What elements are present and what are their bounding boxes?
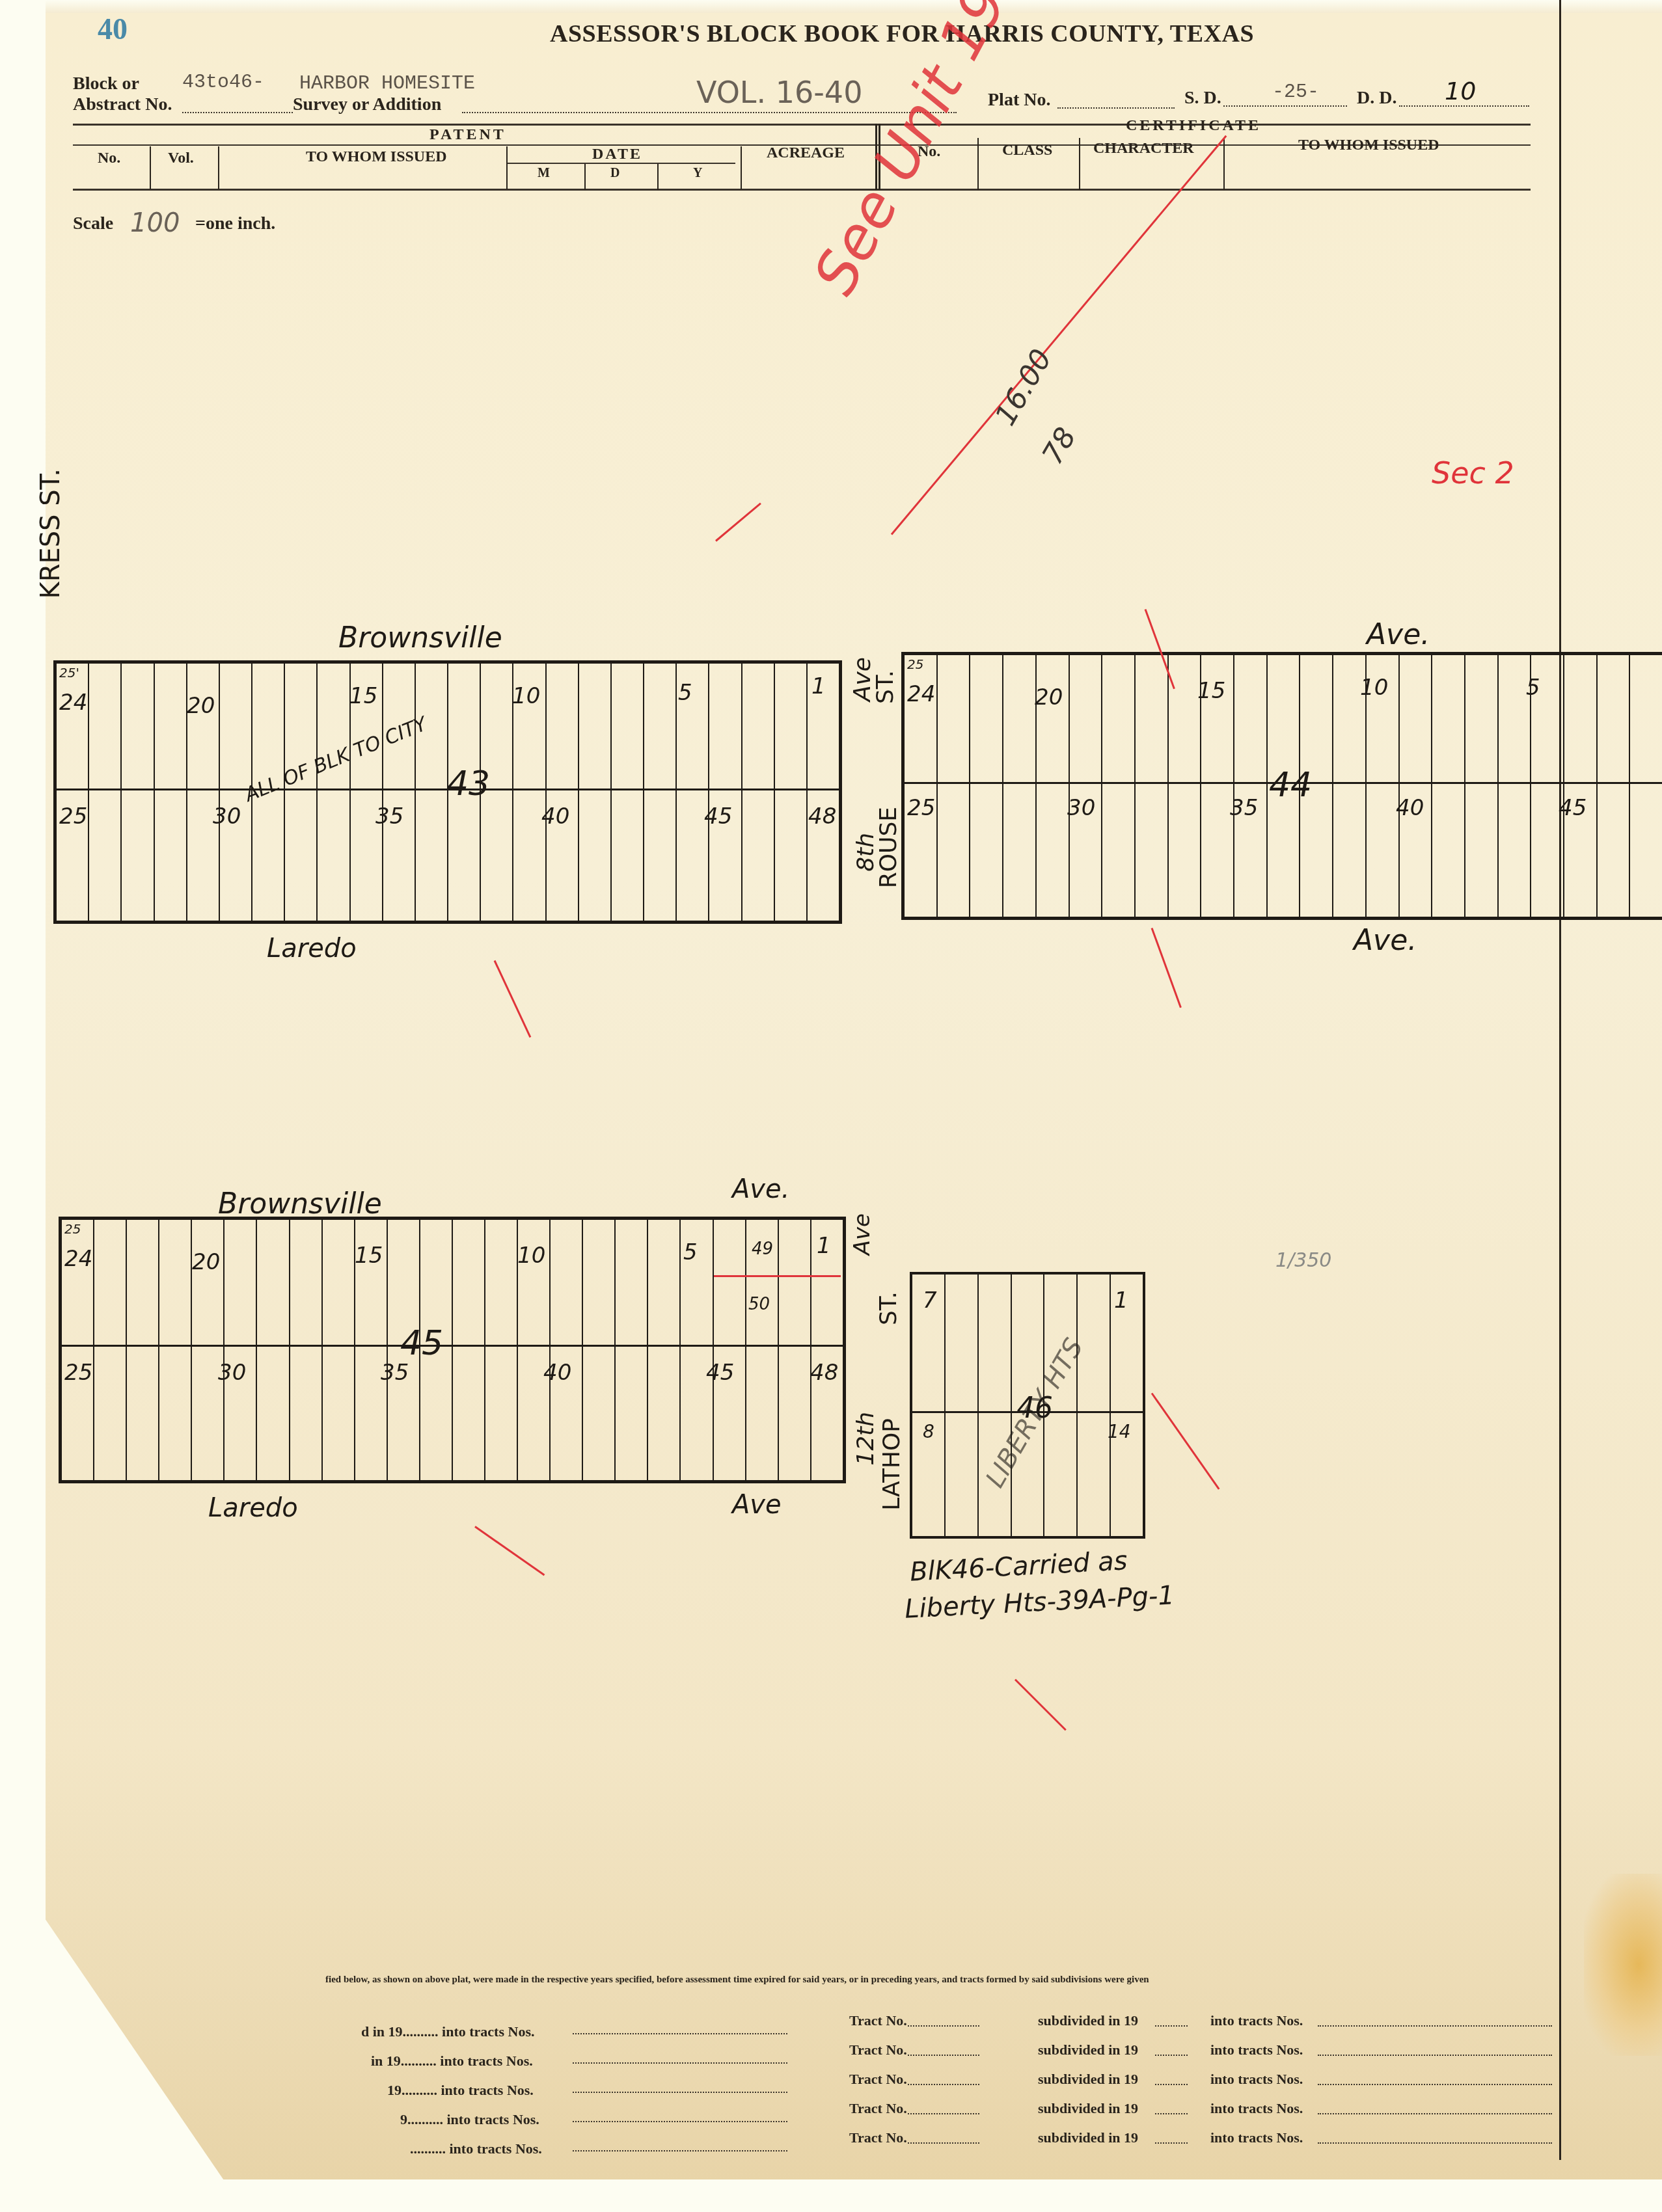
tract-field[interactable] bbox=[908, 2055, 979, 2056]
corner-width: 25' bbox=[59, 665, 79, 681]
lot-10: 10 bbox=[512, 683, 540, 709]
lot-35: 35 bbox=[381, 1360, 409, 1386]
paper-stain bbox=[1584, 1874, 1662, 2056]
street-laredo-1: Laredo bbox=[267, 934, 357, 964]
street-st-2: ST. bbox=[875, 1291, 902, 1325]
col-divider bbox=[1223, 138, 1225, 190]
lot-5: 5 bbox=[678, 680, 692, 706]
patent-col-no: No. bbox=[98, 150, 120, 167]
street-12th: 12th bbox=[852, 1412, 879, 1466]
volume-note: VOL. 16-40 bbox=[696, 75, 862, 110]
lot-24: 24 bbox=[907, 681, 935, 707]
footer-left-row-1: d in 19.......... into tracts Nos. bbox=[361, 2023, 534, 2040]
lot-5: 5 bbox=[1526, 675, 1540, 701]
block-book-page bbox=[46, 13, 1662, 2179]
red-lot-50: 50 bbox=[748, 1295, 770, 1314]
year-field[interactable] bbox=[1155, 2113, 1188, 2114]
into-label: into tracts Nos. bbox=[1210, 2042, 1303, 2058]
lot-48: 48 bbox=[808, 803, 836, 829]
tract-row: Tract No. subdivided in 19 into tracts N… bbox=[849, 2129, 1552, 2149]
abstract-field bbox=[182, 112, 293, 113]
lot-24: 24 bbox=[59, 690, 87, 716]
into-label: into tracts Nos. bbox=[1210, 2012, 1303, 2029]
lot-5: 5 bbox=[683, 1239, 698, 1265]
block-number-43: 43 bbox=[447, 764, 490, 803]
tract-row: Tract No. subdivided in 19 into tracts N… bbox=[849, 2071, 1552, 2090]
lot-1: 1 bbox=[817, 1233, 831, 1259]
certificate-title: CERTIFICATE bbox=[1126, 117, 1261, 135]
block-label: Block or bbox=[73, 74, 139, 94]
lot-40: 40 bbox=[541, 803, 569, 829]
lot-15: 15 bbox=[355, 1243, 383, 1269]
patent-col-acreage: ACREAGE bbox=[767, 144, 845, 162]
sd-label: S. D. bbox=[1184, 88, 1221, 109]
lot-40: 40 bbox=[543, 1360, 571, 1386]
lot-8: 8 bbox=[923, 1421, 934, 1442]
tract-row: Tract No. subdivided in 19 into tracts N… bbox=[849, 2100, 1552, 2120]
dd-label: D. D. bbox=[1357, 88, 1396, 109]
street-brownsville-1: Brownsville bbox=[338, 621, 502, 654]
col-divider bbox=[657, 164, 659, 190]
subdivided-label: subdivided in 19 bbox=[1038, 2012, 1138, 2029]
plat-field bbox=[1057, 107, 1175, 109]
col-divider bbox=[1079, 138, 1080, 190]
tracts-field[interactable] bbox=[1318, 2084, 1552, 2085]
lot-25: 25 bbox=[59, 803, 87, 829]
col-divider bbox=[584, 164, 586, 190]
lot-15: 15 bbox=[349, 683, 377, 709]
sd-field bbox=[1223, 105, 1347, 107]
date-subrule bbox=[508, 163, 735, 164]
year-field[interactable] bbox=[1155, 2142, 1188, 2144]
subdivided-label: subdivided in 19 bbox=[1038, 2129, 1138, 2146]
patent-col-vol: Vol. bbox=[168, 150, 194, 167]
street-ave-vertical-2: Ave bbox=[849, 1213, 875, 1255]
patent-col-whom: TO WHOM ISSUED bbox=[306, 148, 447, 166]
patent-col-date: DATE bbox=[592, 146, 642, 163]
lot-20: 20 bbox=[187, 693, 215, 719]
footer-left-row-4: 9.......... into tracts Nos. bbox=[400, 2111, 539, 2128]
scale-label: Scale bbox=[73, 213, 113, 234]
footer-intro: fied below, as shown on above plat, were… bbox=[325, 1975, 1149, 1986]
tract-label: Tract No. bbox=[849, 2100, 907, 2117]
tracts-field[interactable] bbox=[1318, 2025, 1552, 2027]
lot-20: 20 bbox=[192, 1249, 220, 1275]
block-number-45: 45 bbox=[400, 1324, 443, 1363]
street-kress: KRESS ST. bbox=[36, 468, 66, 599]
street-lathop: LATHOP bbox=[879, 1418, 905, 1511]
into-label: into tracts Nos. bbox=[1210, 2071, 1303, 2088]
lot-35: 35 bbox=[375, 803, 403, 829]
into-label: into tracts Nos. bbox=[1210, 2100, 1303, 2117]
footer-left-row-3: 19.......... into tracts Nos. bbox=[387, 2082, 534, 2099]
street-st-1: ST. bbox=[872, 670, 899, 704]
tract-field[interactable] bbox=[908, 2142, 979, 2144]
lot-30: 30 bbox=[213, 803, 241, 829]
table-bottom-rule bbox=[73, 189, 1531, 191]
street-ave-3: Ave. bbox=[732, 1174, 789, 1204]
date-month: M bbox=[538, 166, 550, 181]
tract-row: Tract No. subdivided in 19 into tracts N… bbox=[849, 2012, 1552, 2032]
footer-left-field-2 bbox=[573, 2062, 787, 2064]
addition-name: HARBOR HOMESITE bbox=[299, 73, 475, 95]
lot-1: 1 bbox=[1114, 1288, 1128, 1314]
tract-label: Tract No. bbox=[849, 2042, 907, 2058]
footer-left-row-2: in 19.......... into tracts Nos. bbox=[371, 2053, 533, 2070]
block-value: 43to46- bbox=[182, 72, 264, 94]
tract-field[interactable] bbox=[908, 2084, 979, 2085]
scale-suffix: =one inch. bbox=[195, 213, 275, 234]
cert-col-class: CLASS bbox=[1002, 142, 1052, 159]
lot-24: 24 bbox=[64, 1246, 92, 1272]
block-46: 7 1 8 14 46 LIBERTY HTS bbox=[910, 1272, 1145, 1539]
page-number: 40 bbox=[98, 12, 128, 46]
year-field[interactable] bbox=[1155, 2084, 1188, 2085]
corner-width: 25 bbox=[64, 1221, 81, 1237]
subdivided-label: subdivided in 19 bbox=[1038, 2042, 1138, 2058]
footer-left-field-1 bbox=[573, 2033, 787, 2034]
footer-left-field-3 bbox=[573, 2092, 787, 2093]
street-ave-2: Ave. bbox=[1354, 924, 1417, 957]
red-lot-49: 49 bbox=[752, 1239, 773, 1259]
footer-left-row-5: .......... into tracts Nos. bbox=[410, 2140, 542, 2157]
lot-30: 30 bbox=[218, 1360, 246, 1386]
tracts-field[interactable] bbox=[1318, 2113, 1552, 2114]
subdivided-label: subdivided in 19 bbox=[1038, 2100, 1138, 2117]
red-subdivision-line bbox=[714, 1275, 841, 1277]
year-field[interactable] bbox=[1155, 2025, 1188, 2027]
lot-10: 10 bbox=[1360, 675, 1388, 701]
patent-title: PATENT bbox=[429, 126, 506, 144]
survey-field bbox=[462, 112, 957, 113]
into-label: into tracts Nos. bbox=[1210, 2129, 1303, 2146]
col-divider bbox=[741, 146, 742, 189]
lot-25: 25 bbox=[907, 795, 935, 821]
lot-45: 45 bbox=[1559, 795, 1587, 821]
cert-col-character: CHARACTER bbox=[1093, 140, 1194, 157]
lot-7: 7 bbox=[923, 1288, 937, 1314]
lot-20: 20 bbox=[1035, 684, 1063, 710]
lot-40: 40 bbox=[1396, 795, 1424, 821]
lot-14: 14 bbox=[1108, 1421, 1131, 1442]
lot-1: 1 bbox=[811, 673, 826, 699]
street-rouse: ROUSE bbox=[875, 807, 902, 888]
col-divider bbox=[977, 138, 979, 190]
lot-35: 35 bbox=[1230, 795, 1258, 821]
tract-field[interactable] bbox=[908, 2025, 979, 2027]
year-field[interactable] bbox=[1155, 2055, 1188, 2056]
block-43: 25' 24 20 15 10 5 1 25 30 35 40 45 48 43… bbox=[53, 660, 842, 924]
tract-label: Tract No. bbox=[849, 2012, 907, 2029]
abstract-label: Abstract No. bbox=[73, 94, 172, 115]
col-divider bbox=[150, 146, 151, 189]
cert-col-whom: TO WHOM ISSUED bbox=[1298, 137, 1439, 154]
tracts-field[interactable] bbox=[1318, 2142, 1552, 2144]
table-top-rule bbox=[73, 124, 1531, 126]
subdivided-label: subdivided in 19 bbox=[1038, 2071, 1138, 2088]
col-divider bbox=[218, 146, 219, 189]
date-day: D bbox=[610, 166, 620, 181]
lot-45: 45 bbox=[706, 1360, 734, 1386]
block-44: 25 24 20 15 10 5 25 30 35 40 45 44 bbox=[901, 652, 1662, 920]
lot-30: 30 bbox=[1067, 795, 1095, 821]
lot-45: 45 bbox=[704, 803, 732, 829]
sd-value: -25- bbox=[1272, 81, 1319, 103]
corner-width: 25 bbox=[907, 656, 923, 672]
street-ave-1: Ave. bbox=[1367, 618, 1430, 651]
lot-25: 25 bbox=[64, 1360, 92, 1386]
scale-value: 100 bbox=[130, 208, 180, 238]
street-brownsville-2: Brownsville bbox=[218, 1187, 382, 1221]
block-number-44: 44 bbox=[1269, 766, 1312, 805]
dd-value: 10 bbox=[1445, 77, 1476, 105]
tract-label: Tract No. bbox=[849, 2071, 907, 2088]
col-divider bbox=[506, 146, 508, 189]
sec-note: Sec 2 bbox=[1432, 455, 1514, 491]
pencil-note: 1/350 bbox=[1275, 1249, 1331, 1272]
tracts-field[interactable] bbox=[1318, 2055, 1552, 2056]
lot-10: 10 bbox=[517, 1243, 545, 1269]
date-year: Y bbox=[693, 166, 702, 181]
tract-label: Tract No. bbox=[849, 2129, 907, 2146]
lot-48: 48 bbox=[810, 1360, 838, 1386]
page-title: ASSESSOR'S BLOCK BOOK FOR HARRIS COUNTY,… bbox=[550, 20, 1254, 48]
survey-label: Survey or Addition bbox=[293, 94, 441, 115]
lot-15: 15 bbox=[1197, 678, 1225, 704]
block-45: 25 24 20 15 10 5 1 25 30 35 40 45 48 45 … bbox=[59, 1217, 846, 1483]
street-laredo-2: Laredo bbox=[208, 1493, 298, 1523]
street-ave-4: Ave bbox=[732, 1490, 782, 1520]
plat-label: Plat No. bbox=[988, 90, 1050, 111]
footer-left-field-4 bbox=[573, 2121, 787, 2122]
dd-field bbox=[1399, 105, 1529, 107]
footer-left-field-5 bbox=[573, 2150, 787, 2151]
tract-field[interactable] bbox=[908, 2113, 979, 2114]
page-right-border bbox=[1559, 0, 1561, 2160]
tract-row: Tract No. subdivided in 19 into tracts N… bbox=[849, 2042, 1552, 2061]
